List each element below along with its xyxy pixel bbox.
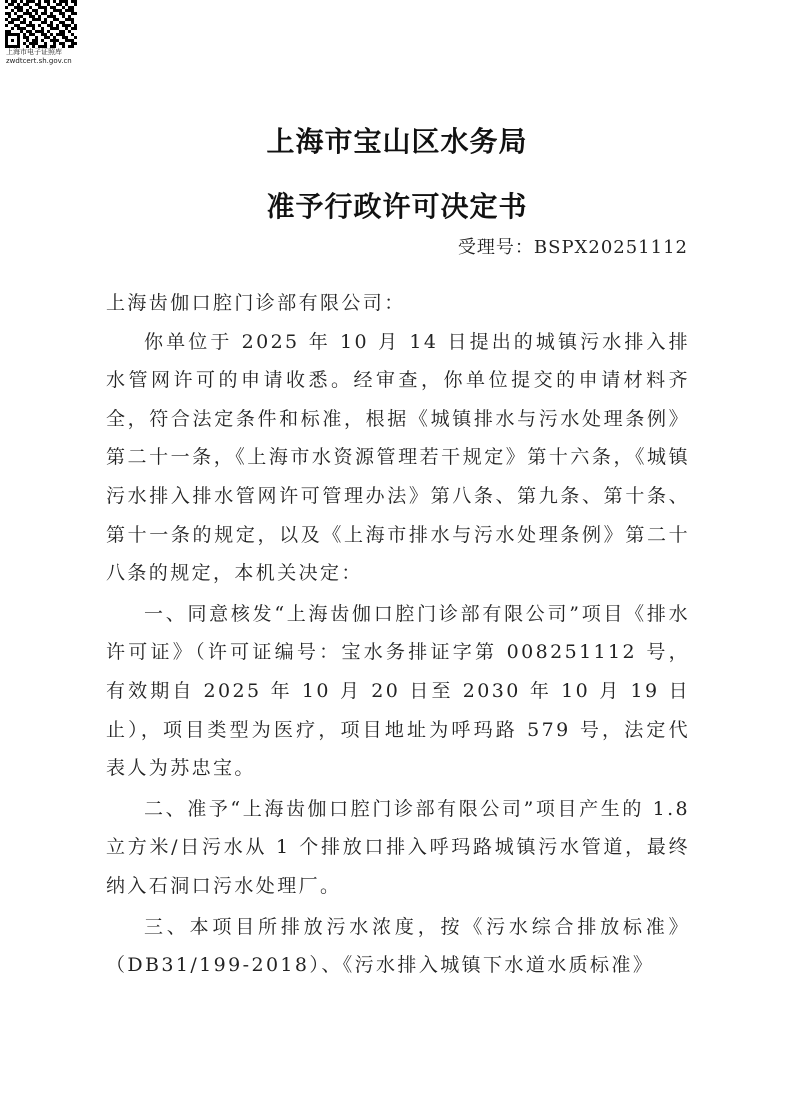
reference-label: 受理号： bbox=[458, 237, 534, 258]
qr-code-block: 上海市电子证照库 zwdtcert.sh.gov.cn bbox=[5, 0, 81, 66]
issuer-title: 上海市宝山区水务局 bbox=[0, 120, 794, 160]
reference-number: BSPX20251112 bbox=[534, 237, 688, 258]
qr-code-image bbox=[5, 0, 77, 48]
document-title: 准予行政许可决定书 bbox=[0, 185, 794, 225]
paragraph-item-1: 一、同意核发“上海齿伽口腔门诊部有限公司”项目《排水许可证》（许可证编号：宝水务… bbox=[106, 595, 690, 788]
paragraph-intro: 你单位于 2025 年 10 月 14 日提出的城镇污水排入排水管网许可的申请收… bbox=[106, 323, 690, 593]
qr-caption-name: 上海市电子证照库 bbox=[6, 48, 81, 57]
paragraph-item-2: 二、准予“上海齿伽口腔门诊部有限公司”项目产生的 1.8 立方米/日污水从 1 … bbox=[106, 790, 690, 906]
document-body: 上海齿伽口腔门诊部有限公司： 你单位于 2025 年 10 月 14 日提出的城… bbox=[106, 284, 690, 985]
qr-caption-url[interactable]: zwdtcert.sh.gov.cn bbox=[6, 57, 81, 66]
paragraph-item-3: 三、本项目所排放污水浓度，按《污水综合排放标准》（DB31/199-2018）、… bbox=[106, 908, 690, 985]
reference-number-line: 受理号：BSPX20251112 bbox=[458, 233, 688, 259]
addressee: 上海齿伽口腔门诊部有限公司： bbox=[106, 284, 690, 323]
